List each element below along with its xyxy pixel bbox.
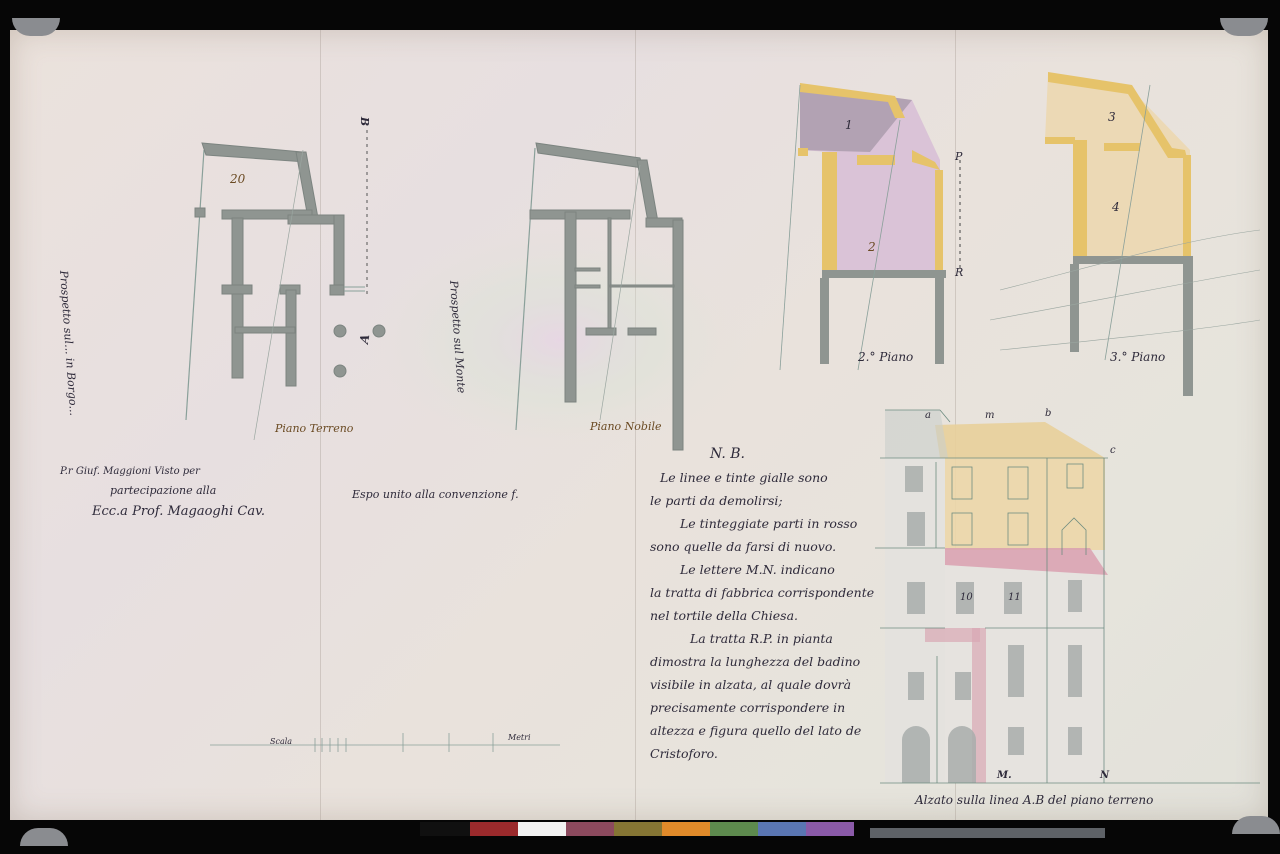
note-line: altezza e figura quello del lato de — [650, 719, 874, 742]
swatch — [710, 822, 758, 836]
note-line: Le lettere M.N. indicano — [650, 558, 874, 581]
marker-r: R — [955, 266, 963, 279]
swatch — [758, 822, 806, 836]
room-number: 3 — [1108, 110, 1116, 124]
ground-floor-label: Piano Terreno — [275, 422, 353, 435]
elevation-letter-n: N — [1100, 770, 1109, 781]
swatch — [470, 822, 518, 836]
noble-floor-label: Piano Nobile — [590, 420, 662, 433]
swatch — [662, 822, 710, 836]
swatch — [806, 822, 854, 836]
room-number: 2 — [868, 240, 876, 254]
annex-note: Espo unito alla convenzione f. — [352, 488, 519, 501]
note-line: dimostra la lunghezza del badino — [650, 650, 874, 673]
second-floor-label: 2.° Piano — [858, 350, 913, 364]
signature-line: P.r Giuf. Maggioni Visto per — [60, 466, 200, 477]
third-floor-label: 3.° Piano — [1110, 350, 1165, 364]
elevation-letter: a — [925, 410, 931, 421]
window-number: 11 — [1008, 592, 1021, 603]
elevation-caption: Alzato sulla linea A.B del piano terreno — [915, 793, 1153, 807]
note-line: le parti da demolirsi; — [650, 489, 874, 512]
elevation-letter: c — [1110, 445, 1116, 456]
note-line: La tratta R.P. in pianta — [650, 627, 874, 650]
notes-heading: N. B. — [650, 443, 874, 466]
note-line: nel tortile della Chiesa. — [650, 604, 874, 627]
ground-floor-plan — [186, 130, 385, 440]
note-line: la tratta di fabbrica corrispondente — [650, 581, 874, 604]
note-line: sono quelle da farsi di nuovo. — [650, 535, 874, 558]
grey-scale-strip — [870, 828, 1105, 838]
second-floor-plan — [780, 83, 960, 370]
elevation-letter: b — [1045, 408, 1051, 419]
third-floor-plan — [990, 72, 1260, 396]
room-number: 20 — [230, 172, 245, 186]
notes-block: N. B. Le linee e tinte gialle sono le pa… — [650, 443, 874, 765]
room-number: 1 — [845, 118, 853, 132]
signature-line: Ecc.a Prof. Magaoghi Cav. — [92, 504, 265, 519]
color-calibration-strip — [420, 822, 854, 836]
note-line: Le tinteggiate parti in rosso — [650, 512, 874, 535]
swatch — [420, 822, 470, 836]
elevation-letter-m: M. — [997, 770, 1012, 781]
elevation-drawing — [875, 410, 1260, 783]
swatch — [614, 822, 662, 836]
elevation-letter: m — [985, 410, 994, 421]
room-number: 4 — [1112, 200, 1120, 214]
swatch — [566, 822, 614, 836]
note-line: precisamente corrispondere in — [650, 696, 874, 719]
marker-p: P — [955, 150, 962, 163]
scale-label: Scala — [270, 737, 292, 746]
note-line: Le linee e tinte gialle sono — [650, 466, 874, 489]
signature-line: partecipazione alla — [110, 484, 216, 497]
swatch — [518, 822, 566, 836]
window-number: 10 — [960, 592, 973, 603]
section-marker-b: B — [358, 117, 371, 126]
note-line: Cristoforo. — [650, 742, 874, 765]
note-line: visibile in alzata, al quale dovrà — [650, 673, 874, 696]
scale-label: Metri — [508, 733, 531, 742]
